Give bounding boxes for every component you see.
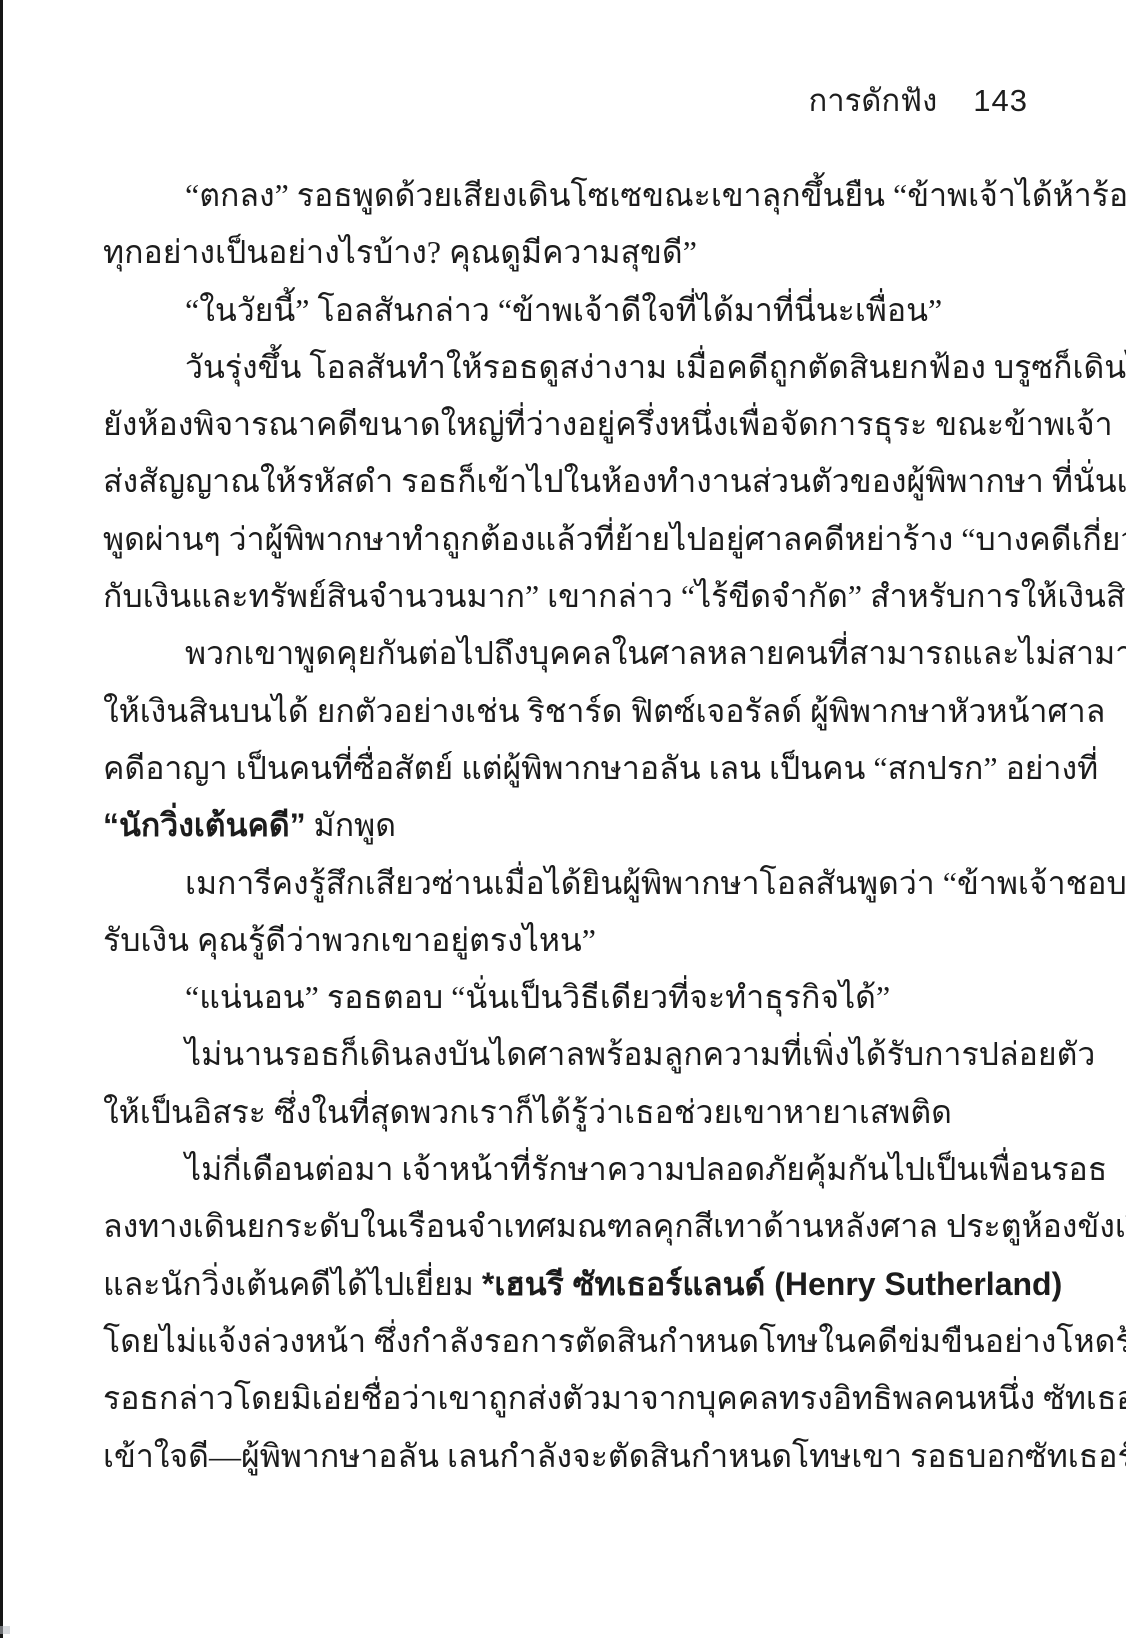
text-line: ทุกอย่างเป็นอย่างไรบ้าง? คุณดูมีความสุขด…: [103, 224, 1043, 281]
text-line: และนักวิ่งเต้นคดีได้ไปเยี่ยม *เฮนรี ซัทเ…: [103, 1256, 1043, 1313]
text-line: ให้เป็นอิสระ ซึ่งในที่สุดพวกเราก็ได้รู้ว…: [103, 1084, 1043, 1141]
text-line: คดีอาญา เป็นคนที่ซื่อสัตย์ แต่ผู้พิพากษา…: [103, 740, 1043, 797]
text-line: วันรุ่งขึ้น โอลสันทำให้รอธดูสง่างาม เมื่…: [103, 339, 1043, 396]
text-line: เมการีคงรู้สึกเสียวซ่านเมื่อได้ยินผู้พิพ…: [103, 855, 1043, 912]
text-line: รับเงิน คุณรู้ดีว่าพวกเขาอยู่ตรงไหน”: [103, 912, 1043, 969]
text-segment: ไม่กี่เดือนต่อมา เจ้าหน้าที่รักษาความปลอ…: [185, 1151, 1107, 1187]
text-segment-bold: “นักวิ่งเต้นคดี”: [103, 807, 306, 843]
text-segment: ไม่นานรอธก็เดินลงบันไดศาลพร้อมลูกความที่…: [185, 1036, 1095, 1072]
text-segment: เมการีคงรู้สึกเสียวซ่านเมื่อได้ยินผู้พิพ…: [185, 865, 1126, 901]
text-segment: รับเงิน คุณรู้ดีว่าพวกเขาอยู่ตรงไหน”: [103, 922, 596, 958]
text-segment-bold: *เฮนรี ซัทเธอร์แลนด์ (Henry Sutherland): [482, 1266, 1062, 1302]
text-segment: พูดผ่านๆ ว่าผู้พิพากษาทำถูกต้องแล้วที่ย้…: [103, 521, 1126, 557]
text-line: ลงทางเดินยกระดับในเรือนจำเทศมณฑลคุกสีเทา…: [103, 1198, 1043, 1255]
text-line: “ในวัยนี้” โอลสันกล่าว “ข้าพเจ้าดีใจที่ไ…: [103, 282, 1043, 339]
text-line: ไม่นานรอธก็เดินลงบันไดศาลพร้อมลูกความที่…: [103, 1026, 1043, 1083]
text-line: ให้เงินสินบนได้ ยกตัวอย่างเช่น ริชาร์ด ฟ…: [103, 683, 1043, 740]
book-page: การดักฟัง143 “ตกลง” รอธพูดด้วยเสียงเดินโ…: [0, 0, 1126, 1638]
text-line: “นักวิ่งเต้นคดี” มักพูด: [103, 797, 1043, 854]
page-number: 143: [973, 84, 1028, 118]
text-segment: กับเงินและทรัพย์สินจำนวนมาก” เขากล่าว “ไ…: [103, 578, 1126, 614]
text-segment: ให้เป็นอิสระ ซึ่งในที่สุดพวกเราก็ได้รู้ว…: [103, 1094, 952, 1130]
text-line: ไม่กี่เดือนต่อมา เจ้าหน้าที่รักษาความปลอ…: [103, 1141, 1043, 1198]
text-segment: มักพูด: [306, 807, 396, 843]
text-segment: โดยไม่แจ้งล่วงหน้า ซึ่งกำลังรอการตัดสินก…: [103, 1323, 1126, 1359]
text-line: เข้าใจดี—ผู้พิพากษาอลัน เลนกำลังจะตัดสิน…: [103, 1428, 1043, 1485]
text-segment: ส่งสัญญาณให้รหัสดำ รอธก็เข้าไปในห้องทำงา…: [103, 463, 1126, 499]
text-segment: วันรุ่งขึ้น โอลสันทำให้รอธดูสง่างาม เมื่…: [185, 349, 1126, 385]
text-segment: รอธกล่าวโดยมิเอ่ยชื่อว่าเขาถูกส่งตัวมาจา…: [103, 1380, 1126, 1416]
text-line: “ตกลง” รอธพูดด้วยเสียงเดินโซเซขณะเขาลุกข…: [103, 167, 1043, 224]
text-segment: และนักวิ่งเต้นคดีได้ไปเยี่ยม: [103, 1266, 482, 1302]
running-header: การดักฟัง143: [103, 84, 1028, 118]
text-line: ส่งสัญญาณให้รหัสดำ รอธก็เข้าไปในห้องทำงา…: [103, 453, 1043, 510]
text-line: พูดผ่านๆ ว่าผู้พิพากษาทำถูกต้องแล้วที่ย้…: [103, 511, 1043, 568]
text-line: รอธกล่าวโดยมิเอ่ยชื่อว่าเขาถูกส่งตัวมาจา…: [103, 1370, 1043, 1427]
text-line: พวกเขาพูดคุยกันต่อไปถึงบุคคลในศาลหลายคนท…: [103, 625, 1043, 682]
scan-corner-artifact: [0, 1626, 10, 1634]
chapter-title: การดักฟัง: [808, 83, 937, 118]
text-segment: “ในวัยนี้” โอลสันกล่าว “ข้าพเจ้าดีใจที่ไ…: [185, 292, 942, 328]
body-text: “ตกลง” รอธพูดด้วยเสียงเดินโซเซขณะเขาลุกข…: [103, 167, 1043, 1485]
text-line: ยังห้องพิจารณาคดีขนาดใหญ่ที่ว่างอยู่ครึ่…: [103, 396, 1043, 453]
text-line: กับเงินและทรัพย์สินจำนวนมาก” เขากล่าว “ไ…: [103, 568, 1043, 625]
text-segment: “ตกลง” รอธพูดด้วยเสียงเดินโซเซขณะเขาลุกข…: [185, 177, 1126, 213]
text-segment: พวกเขาพูดคุยกันต่อไปถึงบุคคลในศาลหลายคนท…: [185, 635, 1126, 671]
text-segment: เข้าใจดี—ผู้พิพากษาอลัน เลนกำลังจะตัดสิน…: [103, 1438, 1126, 1474]
text-segment: ลงทางเดินยกระดับในเรือนจำเทศมณฑลคุกสีเทา…: [103, 1208, 1126, 1244]
text-line: “แน่นอน” รอธตอบ “นั่นเป็นวิธีเดียวที่จะท…: [103, 969, 1043, 1026]
text-segment: ให้เงินสินบนได้ ยกตัวอย่างเช่น ริชาร์ด ฟ…: [103, 693, 1105, 729]
text-segment: “แน่นอน” รอธตอบ “นั่นเป็นวิธีเดียวที่จะท…: [185, 979, 890, 1015]
text-segment: คดีอาญา เป็นคนที่ซื่อสัตย์ แต่ผู้พิพากษา…: [103, 750, 1098, 786]
text-segment: ทุกอย่างเป็นอย่างไรบ้าง? คุณดูมีความสุขด…: [103, 234, 697, 270]
text-segment: ยังห้องพิจารณาคดีขนาดใหญ่ที่ว่างอยู่ครึ่…: [103, 406, 1113, 442]
page-left-edge-line: [0, 0, 3, 1638]
text-line: โดยไม่แจ้งล่วงหน้า ซึ่งกำลังรอการตัดสินก…: [103, 1313, 1043, 1370]
